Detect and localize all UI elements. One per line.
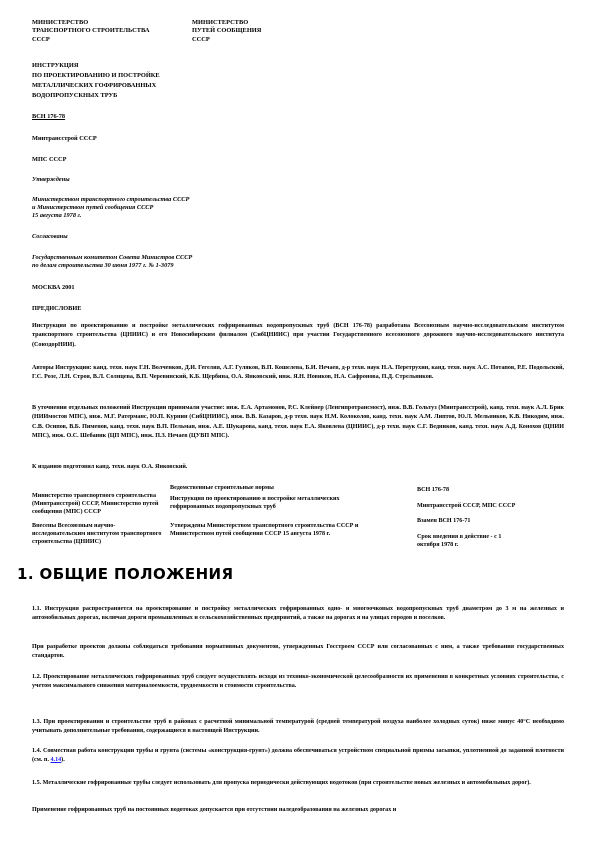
clause-1-4: 1.4. Совместная работа конструкции трубы… [32, 747, 564, 766]
clause-1-1-continued: При разработке проектов должны соблюдать… [32, 643, 564, 662]
agreed-line: по делам строительства 30 июня 1977 г. №… [32, 262, 572, 270]
preface-contributors: В уточнении отдельных положений Инструкц… [32, 404, 564, 442]
ministry-right-line: СССР [192, 36, 352, 44]
issuing-org-1: Минтрансстрой СССР [32, 135, 572, 144]
clause-1-4-text: 1.4. Совместная работа конструкции трубы… [32, 748, 564, 763]
ministry-left-line: МИНИСТЕРСТВО [32, 19, 192, 27]
meta-code-cell: ВСН 176-78 [417, 486, 567, 494]
agreed-by: Государственным комитетом Совета Министр… [32, 254, 572, 270]
approved-line: 15 августа 1978 г. [32, 212, 572, 220]
approved-label: Утверждены [32, 176, 572, 185]
meta-effective-date-cell: Срок введения в действие - с 1 октября 1… [417, 533, 517, 549]
ministry-left-line: ТРАНСПОРТНОГО СТРОИТЕЛЬСТВА [32, 27, 192, 35]
clause-1-2: 1.2. Проектирование металлических гофрир… [32, 673, 564, 692]
ministry-right-line: ПУТЕЙ СООБЩЕНИЯ [192, 27, 352, 35]
approved-line: Министерством транспортного строительств… [32, 196, 572, 204]
title-line: ПО ПРОЕКТИРОВАНИЮ И ПОСТРОЙКЕ [32, 71, 332, 81]
meta-approved-cell: Утверждены Министерством транспортного с… [170, 522, 370, 538]
ministry-railways: МИНИСТЕРСТВО ПУТЕЙ СООБЩЕНИЯ СССР [192, 19, 352, 44]
clause-1-5: 1.5. Металлические гофрированные трубы с… [32, 779, 564, 788]
document-page: МИНИСТЕРСТВО ТРАНСПОРТНОГО СТРОИТЕЛЬСТВА… [0, 0, 595, 842]
meta-ministries-cell: Министерство транспортного строительства… [32, 492, 167, 517]
clause-1-5-continued: Применение гофрированных труб на постоян… [32, 806, 564, 815]
title-line: ИНСТРУКЦИЯ [32, 61, 332, 71]
preface-editor: К изданию подготовил канд. техн. наук О.… [32, 463, 564, 472]
ministry-transport-construction: МИНИСТЕРСТВО ТРАНСПОРТНОГО СТРОИТЕЛЬСТВА… [32, 19, 192, 44]
clause-1-1: 1.1. Инструкция распространяется на прое… [32, 605, 564, 624]
meta-norm-type-cell: Ведомственные строительные нормы [170, 484, 370, 492]
meta-submitted-by-cell: Внесены Всесоюзным научно-исследовательс… [32, 522, 167, 547]
title-line: ВОДОПРОПУСКНЫХ ТРУБ [32, 91, 332, 101]
clause-4-14-link[interactable]: 4.14 [51, 757, 62, 763]
document-title: ИНСТРУКЦИЯ ПО ПРОЕКТИРОВАНИЮ И ПОСТРОЙКЕ… [32, 61, 332, 101]
preface-heading: ПРЕДИСЛОВИЕ [32, 305, 572, 314]
agreed-line: Государственным комитетом Совета Министр… [32, 254, 572, 262]
issuing-org-2: МПС СССР [32, 156, 572, 165]
preface-paragraph-1: Инструкция по проектированию и постройке… [32, 322, 564, 350]
meta-replaces-cell: Взамен ВСН 176-71 [417, 517, 567, 525]
city-year: МОСКВА 2001 [32, 284, 572, 293]
approved-by: Министерством транспортного строительств… [32, 196, 572, 221]
agreed-label: Согласованы [32, 233, 572, 242]
meta-title-cell: Инструкция по проектированию и постройке… [170, 495, 370, 511]
clause-1-3: 1.3. При проектировании и строительстве … [32, 718, 564, 737]
approved-line: и Министерством путей сообщения СССР [32, 204, 572, 212]
ministry-left-line: СССР [32, 36, 192, 44]
document-code: ВСН 176-78 [32, 113, 572, 122]
section-1-heading: 1. ОБЩИЕ ПОЛОЖЕНИЯ [17, 570, 233, 579]
title-line: МЕТАЛЛИЧЕСКИХ ГОФРИРОВАННЫХ [32, 81, 332, 91]
meta-orgs-cell: Минтрансстрой СССР, МПС СССР [417, 502, 567, 510]
preface-authors: Авторы Инструкции: канд. техн. наук Г.Н.… [32, 364, 564, 383]
clause-1-4-end: ). [61, 757, 65, 763]
